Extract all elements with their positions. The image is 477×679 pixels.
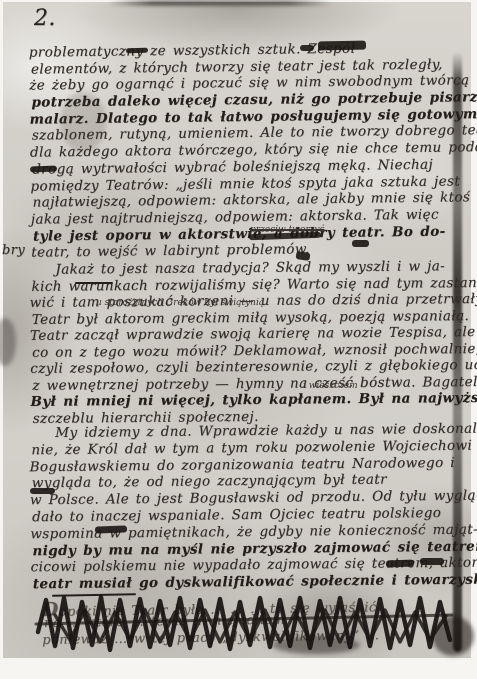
ink-blot [420, 558, 444, 565]
insertion-note: u starożytnych Greków był świątynią [96, 298, 264, 308]
underline-mark [75, 282, 113, 284]
manuscript-scan: 2. problematyczny ze wszystkich sztuk. Z… [0, 0, 477, 679]
scan-smudge [432, 616, 474, 656]
scan-edge-smudge [108, 0, 333, 6]
scan-smudge [60, 92, 106, 152]
page-number: 2. [34, 6, 56, 31]
ink-blot [352, 240, 369, 247]
ink-blot [386, 560, 414, 568]
paragraph-3: My idziemy z dna. Wprawdzie każdy u nas … [29, 421, 461, 593]
ink-blot [30, 488, 55, 494]
scan-smudge [272, 636, 360, 654]
paragraph-1: problematyczny ze wszystkich sztuk. Zesp… [29, 39, 462, 261]
margin-note: bry [2, 243, 25, 258]
ink-blot [30, 166, 57, 173]
ink-blot [318, 41, 366, 51]
ink-blot [95, 525, 127, 533]
ink-blot [300, 45, 314, 51]
ink-blot [126, 48, 148, 54]
crossed-out-paragraph: Dopóki nie Teatr było … … … to się wyjaś… [42, 593, 463, 650]
insertion-note: i wieszczem [303, 381, 358, 391]
